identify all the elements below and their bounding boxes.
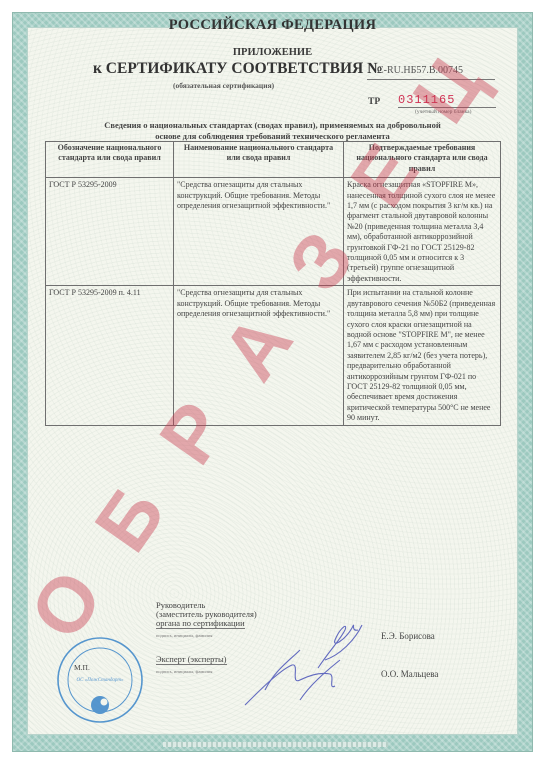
- certificate-title: к СЕРТИФИКАТУ СООТВЕТСТВИЯ №: [93, 60, 383, 78]
- cell-designation: ГОСТ Р 53295-2009 п. 4.11: [46, 286, 174, 425]
- cell-requirements: При испытании на стальной колонне двутав…: [344, 286, 501, 425]
- standards-table: Обозначение национального стандарта или …: [45, 141, 501, 426]
- certificate-number: C-RU.НБ57.В.00745: [377, 65, 463, 76]
- expert-caption: подпись, инициалы, фамилия: [156, 667, 257, 676]
- tp-label: ТР: [368, 97, 380, 107]
- intro-text: Сведения о национальных стандартах (свод…: [60, 120, 485, 142]
- country-title: РОССИЙСКАЯ ФЕДЕРАЦИЯ: [0, 17, 545, 34]
- expert-label: Эксперт (эксперты): [156, 655, 227, 665]
- tp-caption: (учетный номер бланка): [415, 109, 471, 115]
- header-requirements: Подтверждаемые требования национального …: [344, 142, 501, 178]
- header-name: Наименование национального стандарта или…: [174, 142, 344, 178]
- head-name: Е.Э. Борисова: [381, 631, 435, 641]
- appendix-title: ПРИЛОЖЕНИЕ: [0, 47, 545, 58]
- cell-requirements: Краска огнезащитная «STOPFIRE M», нанесе…: [344, 178, 501, 286]
- header-designation: Обозначение национального стандарта или …: [46, 142, 174, 178]
- signature-block: Руководитель (заместитель руководителя) …: [156, 601, 257, 676]
- expert-name: О.О. Мальцева: [381, 669, 438, 679]
- table-header-row: Обозначение национального стандарта или …: [46, 142, 501, 178]
- cell-designation: ГОСТ Р 53295-2009: [46, 178, 174, 286]
- footer-microtext: [163, 742, 388, 747]
- intro-line-1: Сведения о национальных стандартах (свод…: [60, 120, 485, 131]
- cell-name: "Средства огнезащиты для стальных констр…: [174, 178, 344, 286]
- cell-name: "Средства огнезащиты для стальных констр…: [174, 286, 344, 425]
- table-row: ГОСТ Р 53295-2009 "Средства огнезащиты д…: [46, 178, 501, 286]
- head-title-3: органа по сертификации: [156, 619, 245, 629]
- tp-number: 0311165: [398, 93, 455, 107]
- certification-type: (обязательная сертификация): [173, 81, 274, 90]
- head-caption: подпись, инициалы, фамилия: [156, 631, 257, 640]
- tp-underline: [398, 107, 496, 108]
- table-row: ГОСТ Р 53295-2009 п. 4.11 "Средства огне…: [46, 286, 501, 425]
